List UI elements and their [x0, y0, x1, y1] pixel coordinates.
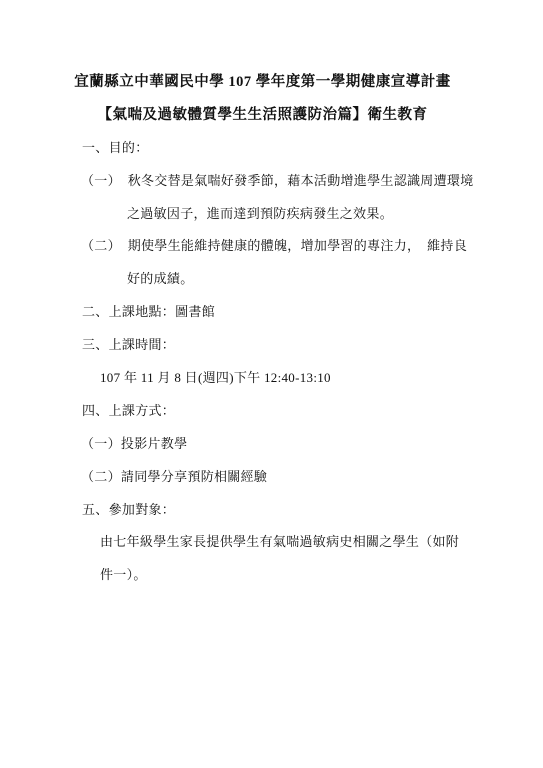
doc-line-method-item-1: （一）投影片教學	[0, 428, 525, 461]
doc-line-participants-heading: 五、參加對象：	[0, 494, 525, 527]
doc-line-time-value: 107 年 11 月 8 日(週四)下午 12:40-13:10	[0, 362, 525, 395]
doc-title-line-1: 宜蘭縣立中華國民中學 107 學年度第一學期健康宣導計畫	[0, 66, 525, 99]
doc-line-participants-value-cont: 件一）。	[0, 559, 525, 592]
doc-line-method-heading: 四、上課方式：	[0, 395, 525, 428]
document-content: 宜蘭縣立中華國民中學 107 學年度第一學期健康宣導計畫 【氣喘及過敏體質學生生…	[0, 66, 525, 592]
doc-title-line-2: 【氣喘及過敏體質學生生活照護防治篇】衛生教育	[0, 99, 525, 132]
doc-line-purpose-item-2: （二） 期使學生能維持健康的體魄，增加學習的專注力， 維持良	[0, 230, 525, 263]
doc-line-purpose-item-1-cont: 之過敏因子，進而達到預防疾病發生之效果。	[0, 198, 525, 231]
doc-line-location-heading: 二、上課地點：圖書館	[0, 296, 525, 329]
doc-line-purpose-heading: 一、目的：	[0, 132, 525, 165]
doc-line-purpose-item-2-cont: 好的成績。	[0, 263, 525, 296]
doc-line-method-item-2: （二）請同學分享預防相關經驗	[0, 461, 525, 494]
doc-line-purpose-item-1: （一） 秋冬交替是氣喘好發季節，藉本活動增進學生認識周遭環境	[0, 165, 525, 198]
doc-line-participants-value: 由七年級學生家長提供學生有氣喘過敏病史相關之學生（如附	[0, 526, 525, 559]
doc-line-time-heading: 三、上課時間：	[0, 329, 525, 362]
document-page: 宜蘭縣立中華國民中學 107 學年度第一學期健康宣導計畫 【氣喘及過敏體質學生生…	[0, 0, 543, 768]
